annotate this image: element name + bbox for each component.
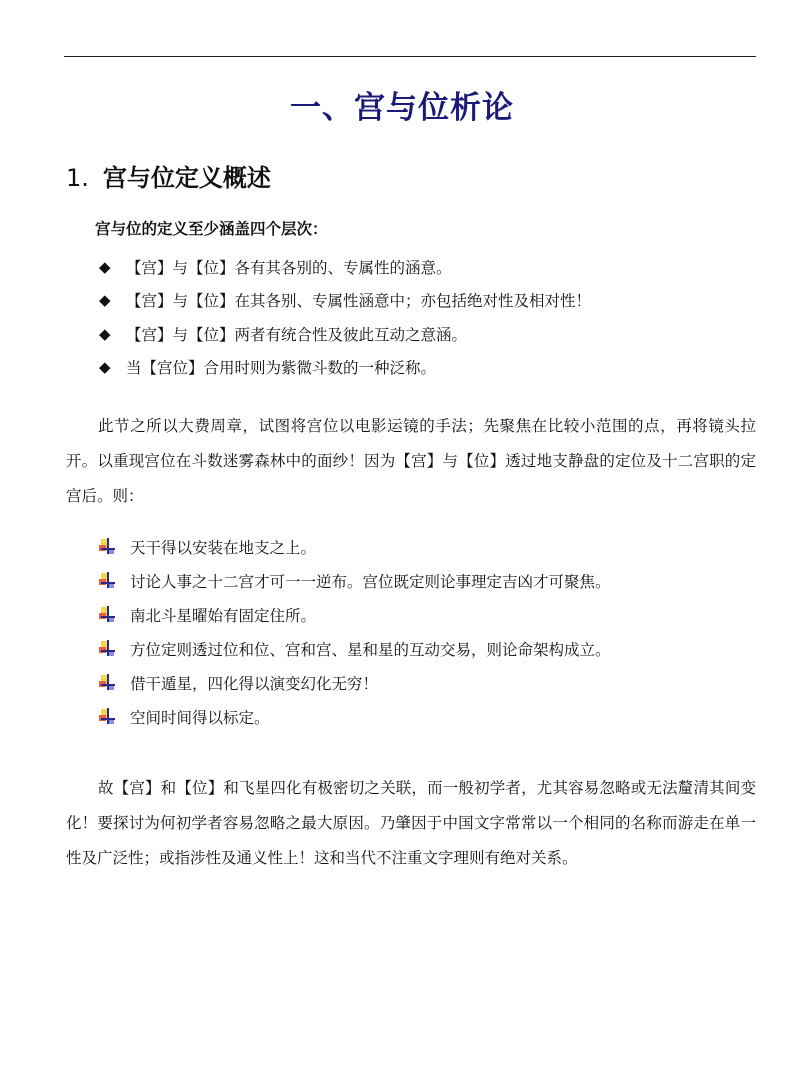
list-item-text: 借干遁星，四化得以演变幻化无穷！	[130, 672, 378, 694]
list-item-text: 当【宫位】合用时则为紫微斗数的一种泛称。	[126, 356, 436, 378]
list-item: 天干得以安装在地支之上。	[99, 530, 611, 564]
body-paragraph: 此节之所以大费周章，试图将宫位以电影运镜的手法；先聚焦在比较小范围的点，再将镜头…	[66, 409, 756, 514]
pushpin-bullet-icon	[99, 640, 116, 658]
list-item: ◆ 【宫】与【位】在其各别、专属性涵意中；亦包括绝对性及相对性！	[99, 284, 591, 318]
list-item-text: 天干得以安装在地支之上。	[130, 536, 316, 558]
list-item: 南北斗星曜始有固定住所。	[99, 598, 611, 632]
body-paragraph: 故【宫】和【位】和飞星四化有极密切之关联，而一般初学者，尤其容易忽略或无法釐清其…	[66, 771, 756, 876]
pushpin-bullet-icon	[99, 606, 116, 624]
list-item: ◆ 当【宫位】合用时则为紫微斗数的一种泛称。	[99, 351, 591, 385]
intro-text: 宫与位的定义至少涵盖四个层次：	[95, 217, 328, 239]
list-item-text: 【宫】与【位】各有其各别的、专属性的涵意。	[126, 256, 452, 278]
diamond-bullet-icon: ◆	[99, 294, 111, 306]
list-item: 借干遁星，四化得以演变幻化无穷！	[99, 666, 611, 700]
pushpin-bullet-icon	[99, 708, 116, 726]
pushpin-bullet-icon	[99, 572, 116, 590]
pushpin-bullet-icon	[99, 674, 116, 692]
pushpin-bullet-icon	[99, 538, 116, 556]
list-item: ◆ 【宫】与【位】各有其各别的、专属性的涵意。	[99, 250, 591, 284]
levels-list: ◆ 【宫】与【位】各有其各别的、专属性的涵意。 ◆ 【宫】与【位】在其各别、专属…	[99, 250, 591, 384]
chapter-title: 一、宫与位析论	[0, 82, 804, 127]
diamond-bullet-icon: ◆	[99, 328, 111, 340]
list-item: ◆ 【宫】与【位】两者有统合性及彼此互动之意涵。	[99, 317, 591, 351]
section-heading: 1.宫与位定义概述	[66, 158, 271, 193]
list-item-text: 南北斗星曜始有固定住所。	[130, 604, 316, 626]
list-item-text: 【宫】与【位】在其各别、专属性涵意中；亦包括绝对性及相对性！	[126, 289, 591, 311]
list-item-text: 【宫】与【位】两者有统合性及彼此互动之意涵。	[126, 323, 467, 345]
header-rule	[64, 56, 756, 57]
list-item-text: 方位定则透过位和位、宫和宫、星和星的互动交易，则论命架构成立。	[130, 638, 611, 660]
list-item: 空间时间得以标定。	[99, 700, 611, 734]
diamond-bullet-icon: ◆	[99, 261, 111, 273]
section-number: 1.	[66, 164, 89, 192]
list-item: 方位定则透过位和位、宫和宫、星和星的互动交易，则论命架构成立。	[99, 632, 611, 666]
effects-list: 天干得以安装在地支之上。 讨论人事之十二宫才可一一逆布。宫位既定则论事理定吉凶才…	[99, 530, 611, 734]
list-item-text: 讨论人事之十二宫才可一一逆布。宫位既定则论事理定吉凶才可聚焦。	[130, 570, 611, 592]
section-title: 宫与位定义概述	[103, 164, 271, 192]
diamond-bullet-icon: ◆	[99, 361, 111, 373]
list-item-text: 空间时间得以标定。	[130, 706, 270, 728]
list-item: 讨论人事之十二宫才可一一逆布。宫位既定则论事理定吉凶才可聚焦。	[99, 564, 611, 598]
